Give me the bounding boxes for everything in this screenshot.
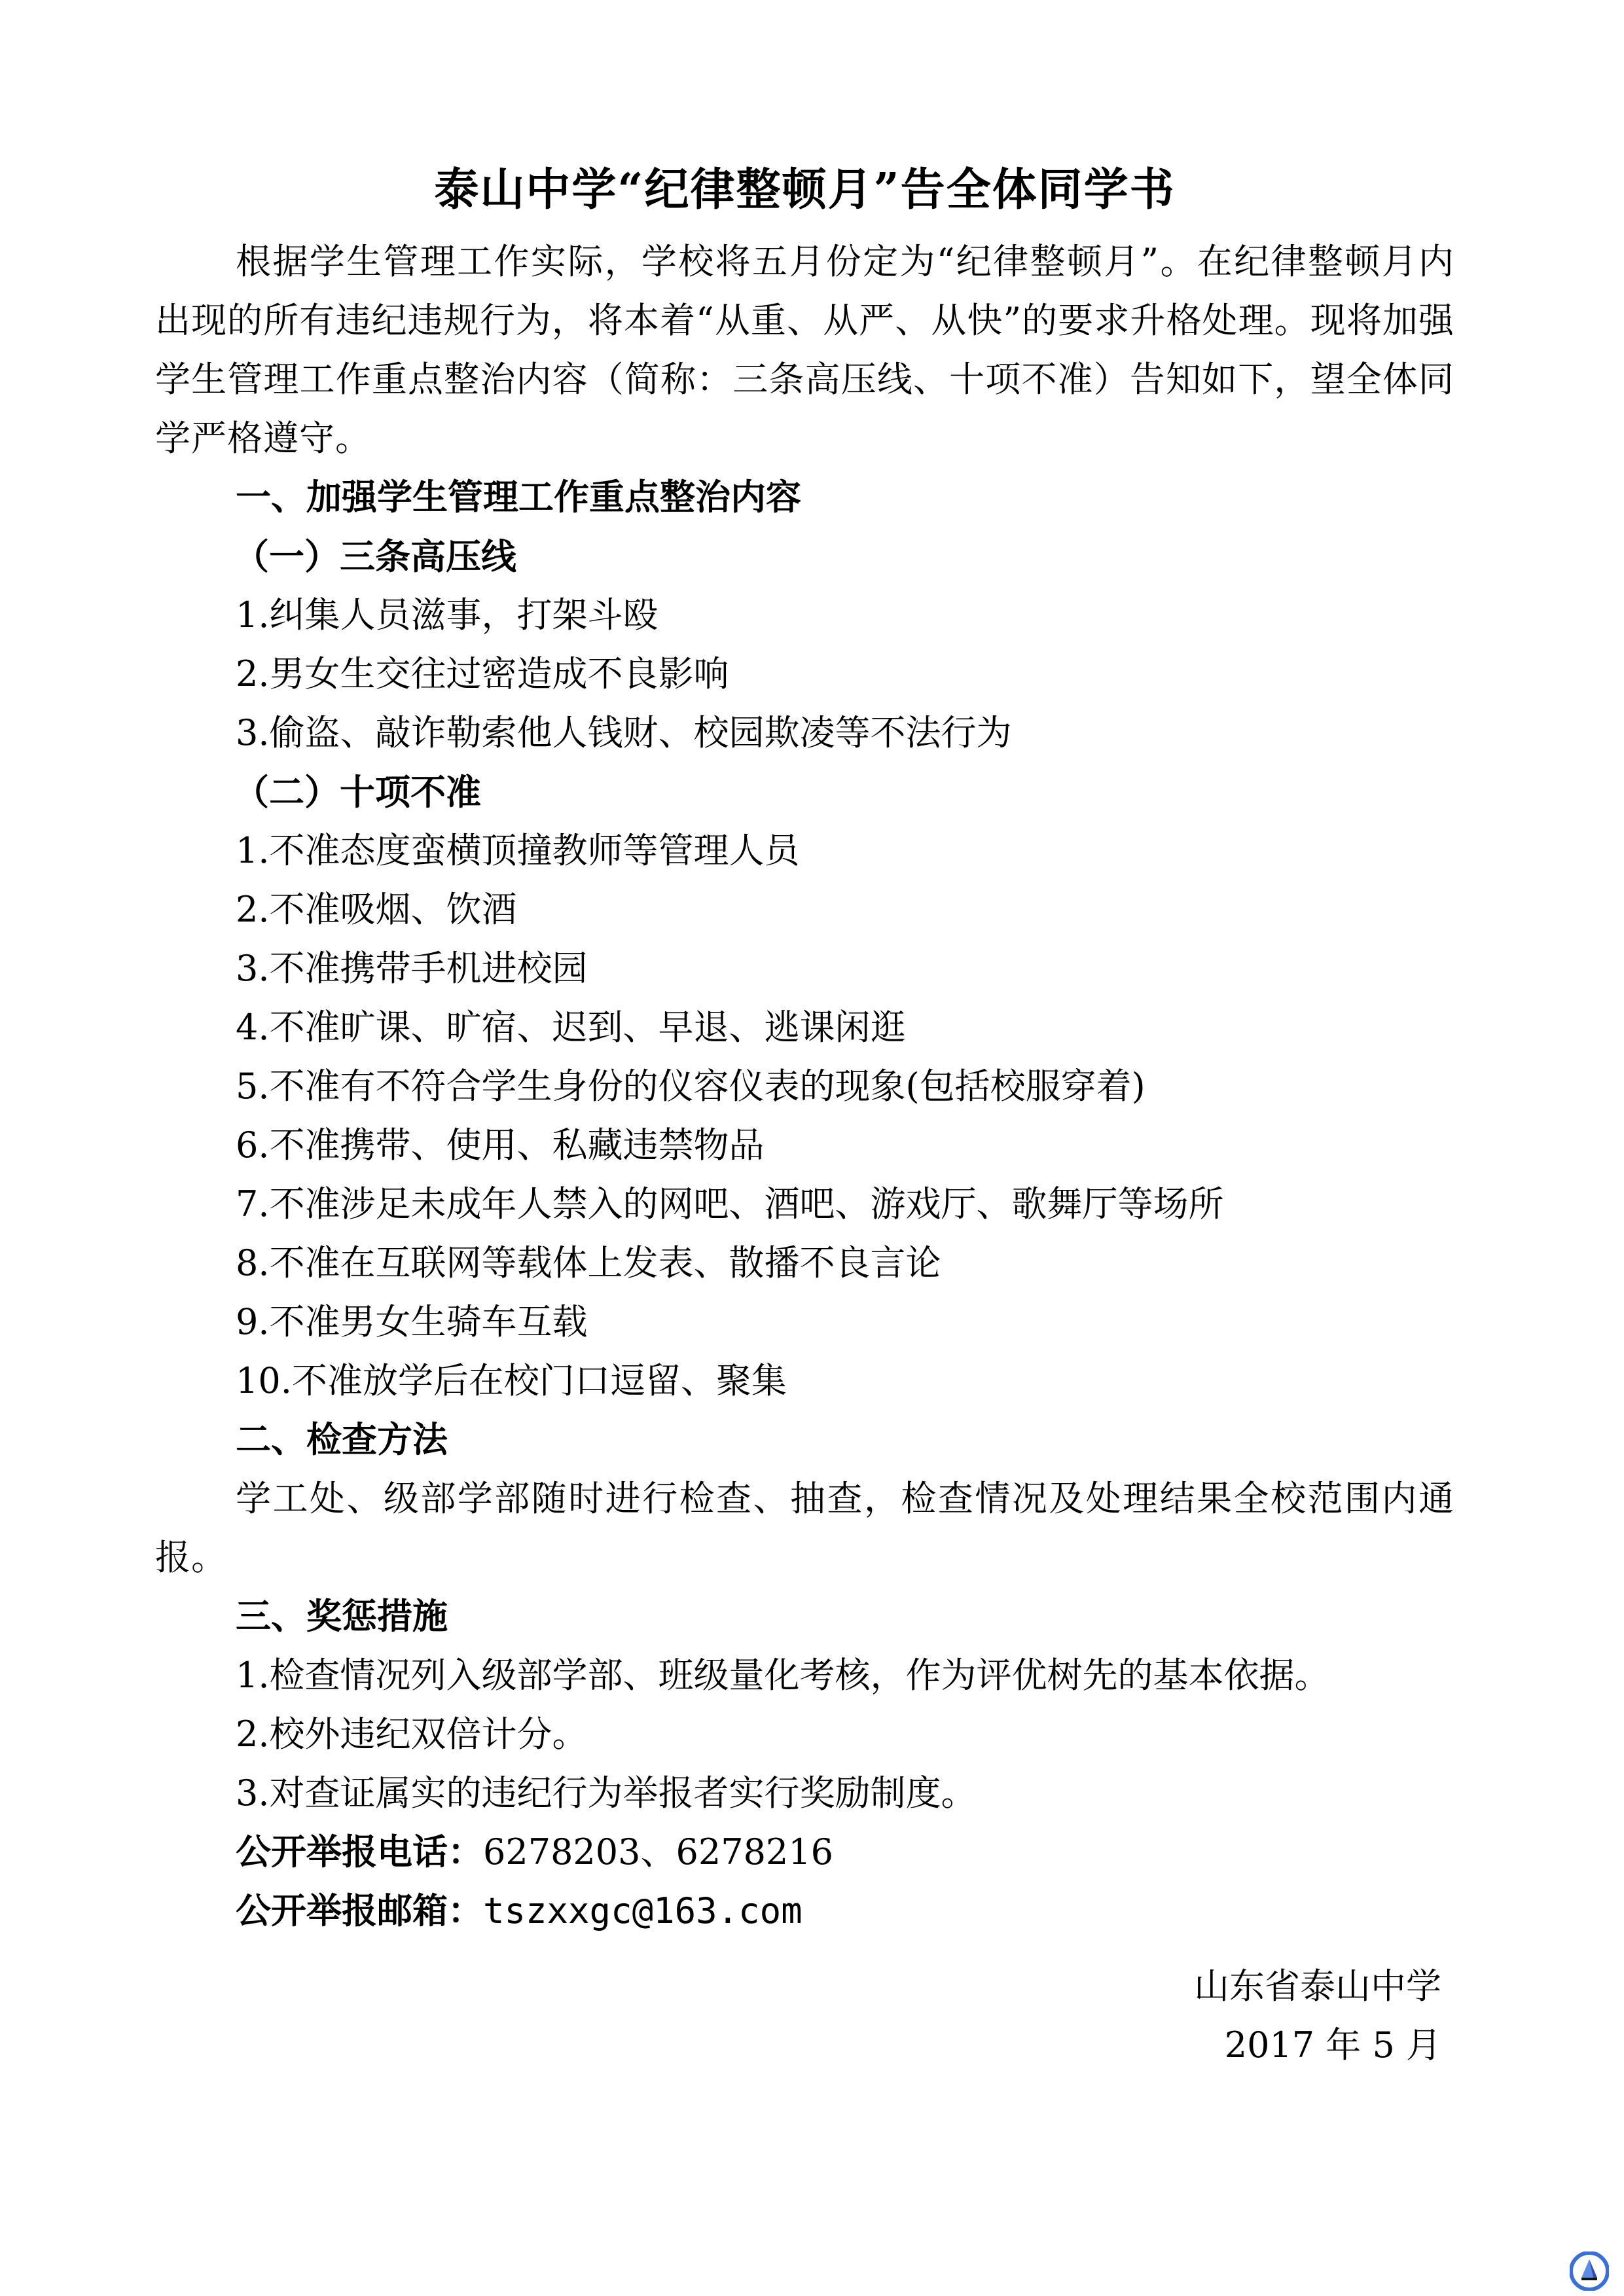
list-item: 1.纠集人员滋事，打架斗殴 bbox=[236, 586, 659, 645]
list-item: 8.不准在互联网等载体上发表、散播不良言论 bbox=[236, 1234, 941, 1293]
list-item: 1.不准态度蛮横顶撞教师等管理人员 bbox=[236, 821, 800, 880]
email-value: tszxxgc@163.com bbox=[483, 1890, 803, 1931]
list-item: 5.不准有不符合学生身份的仪容仪表的现象(包括校服穿着) bbox=[236, 1057, 1146, 1116]
contact-email: 公开举报邮箱：tszxxgc@163.com bbox=[236, 1882, 803, 1941]
section2-text: 学工处、级部学部随时进行检查、抽查，检查情况及处理结果全校范围内通报。 bbox=[155, 1469, 1454, 1587]
intro-paragraph: 根据学生管理工作实际，学校将五月份定为“纪律整顿月”。在纪律整顿月内出现的所有违… bbox=[155, 232, 1454, 468]
section3-heading: 三、奖惩措施 bbox=[236, 1587, 448, 1646]
list-item: 3.偷盗、敲诈勒索他人钱财、校园欺凌等不法行为 bbox=[236, 704, 1012, 762]
list-item: 3.不准携带手机进校园 bbox=[236, 939, 588, 998]
page-title: 泰山中学“纪律整顿月”告全体同学书 bbox=[155, 160, 1454, 219]
list-item: 9.不准男女生骑车互载 bbox=[236, 1293, 588, 1352]
signature-date: 2017 年 5 月 bbox=[1225, 2016, 1441, 2075]
list-item: 1.检查情况列入级部学部、班级量化考核，作为评优树先的基本依据。 bbox=[236, 1646, 1330, 1705]
phone-label: 公开举报电话： bbox=[236, 1831, 483, 1873]
school-emblem-icon bbox=[1570, 2251, 1609, 2291]
list-item: 2.校外违纪双倍计分。 bbox=[236, 1705, 588, 1764]
list-item: 10.不准放学后在校门口逗留、聚集 bbox=[236, 1352, 787, 1410]
list-item: 6.不准携带、使用、私藏违禁物品 bbox=[236, 1116, 765, 1175]
list-item: 4.不准旷课、旷宿、迟到、早退、逃课闲逛 bbox=[236, 998, 906, 1057]
list-item: 2.不准吸烟、饮酒 bbox=[236, 880, 517, 939]
section1-heading: 一、加强学生管理工作重点整治内容 bbox=[236, 468, 801, 527]
email-label: 公开举报邮箱： bbox=[236, 1890, 483, 1931]
list-item: 2.男女生交往过密造成不良影响 bbox=[236, 645, 729, 704]
contact-phone: 公开举报电话：6278203、6278216 bbox=[236, 1823, 833, 1882]
phone-value: 6278203、6278216 bbox=[483, 1831, 833, 1873]
list-item: 7.不准涉足未成年人禁入的网吧、酒吧、游戏厅、歌舞厅等场所 bbox=[236, 1175, 1224, 1234]
list-item: 3.对查证属实的违纪行为举报者实行奖励制度。 bbox=[236, 1764, 977, 1823]
signature-org: 山东省泰山中学 bbox=[1194, 1957, 1441, 2016]
section2-heading: 二、检查方法 bbox=[236, 1410, 448, 1469]
section1-sub1-heading: （一）三条高压线 bbox=[234, 527, 516, 586]
section1-sub2-heading: （二）十项不准 bbox=[234, 762, 481, 821]
